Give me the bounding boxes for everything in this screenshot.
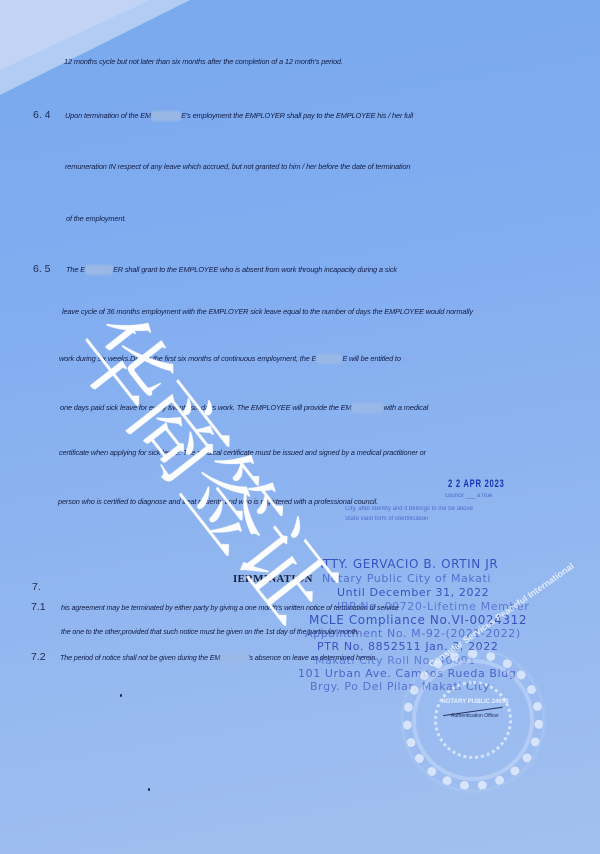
section-number-7: 7.	[32, 581, 41, 593]
text-line: The EER shall grant to the EMPLOYEE who …	[66, 265, 397, 275]
redaction-blur	[316, 354, 342, 364]
embossed-seal-inner-text: NOTARY PUBLIC 24650	[430, 699, 520, 705]
section-number-6-4: 6. 4	[33, 109, 51, 121]
document-page: 12 months cycle but not later than six m…	[0, 0, 600, 854]
text-line: of the employment.	[66, 214, 126, 223]
section-number-7-1: 7.1	[31, 601, 46, 613]
embossed-seal-caption: Authentication Officer	[430, 713, 520, 719]
notary-commission-until: Until December 31, 2022	[337, 586, 489, 599]
text-fragment: with a medical	[383, 403, 428, 412]
text-fragment: E's employment the EMPLOYER shall pay to…	[181, 111, 413, 120]
text-fragment: E will be entitled to	[342, 354, 400, 363]
redaction-blur	[85, 265, 113, 275]
text-fragment: The period of notice shall not be given …	[60, 653, 220, 662]
redaction-blur	[151, 111, 181, 121]
text-fragment: Upon termination of the EM	[65, 111, 151, 120]
embossed-seal-inner-ring	[434, 681, 512, 759]
date-stamp-note: City, after identity and it belongs to m…	[345, 506, 473, 512]
text-line: Upon termination of the EME's employment…	[65, 111, 413, 121]
text-fragment: The E	[66, 265, 85, 274]
section-number-6-5: 6. 5	[33, 263, 51, 275]
date-stamp-note: council ___ a true	[445, 493, 492, 499]
date-stamp-note: State valid form of identification	[345, 516, 428, 522]
text-fragment: ER shall grant to the EMPLOYEE who is ab…	[113, 265, 397, 274]
paper-speck	[148, 788, 150, 791]
text-line: remuneration IN respect of any leave whi…	[65, 162, 410, 171]
redaction-blur	[351, 403, 383, 413]
date-stamp: 2 2 APR 2023	[448, 478, 504, 490]
embossed-seal: Consular Services Peaceful International…	[403, 650, 543, 790]
text-line: 12 months cycle but not later than six m…	[64, 57, 343, 66]
paper-speck	[120, 694, 122, 697]
redaction-blur	[220, 653, 248, 663]
section-number-7-2: 7.2	[31, 651, 46, 663]
watermark: 华商签证	[58, 300, 347, 634]
